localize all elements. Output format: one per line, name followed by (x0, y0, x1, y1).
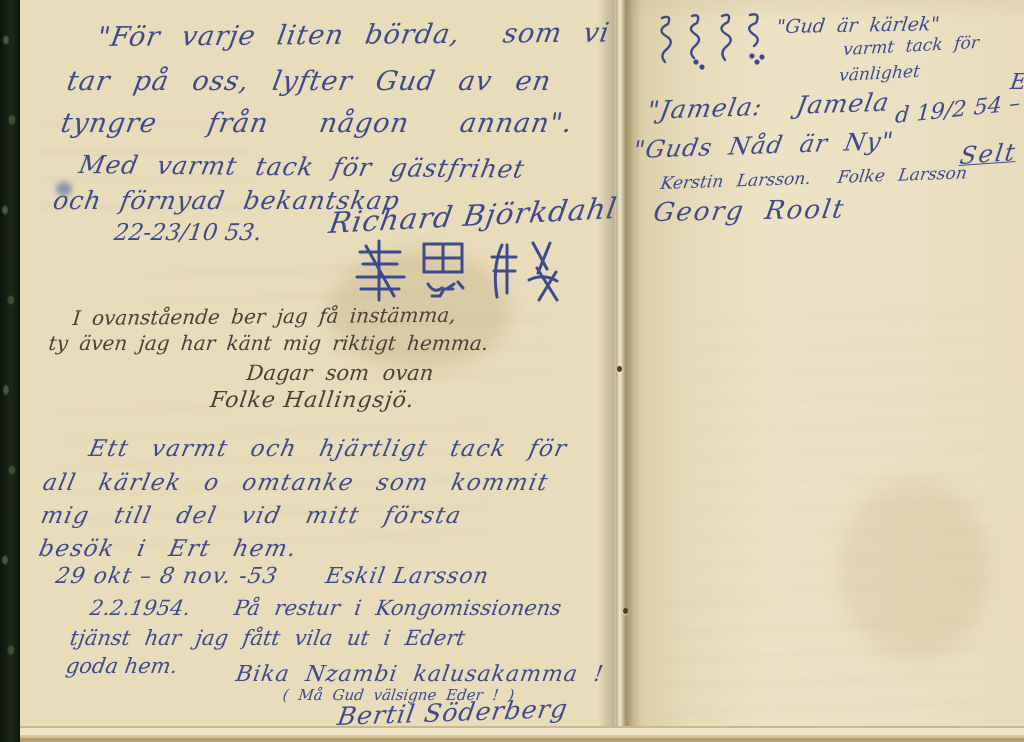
handwritten-line: besök i Ert hem. (36, 536, 299, 562)
stitch-hole (617, 366, 622, 372)
signature: Georg Roolt (651, 195, 847, 228)
handwritten-line: goda hem. (64, 654, 179, 678)
entry-date-signature: 29 okt – 8 nov. -53 Eskil Larsson (54, 564, 491, 589)
entry-date: 22-23/10 53. (112, 220, 263, 246)
handwritten-line: Dagar som ovan (245, 361, 434, 385)
handwritten-line: tar på oss, lyfter Gud av en (65, 66, 554, 97)
handwritten-line: I ovanstående ber jag få instämma, (72, 303, 457, 330)
handwritten-line: "För varje liten börda, som vi (95, 18, 612, 53)
script-symbols-icon (648, 12, 773, 70)
handwritten-line: Ett varmt och hjärtligt tack för (86, 436, 569, 462)
page-bottom-edge (20, 726, 1024, 742)
stitch-hole (623, 608, 628, 614)
handwritten-line: Bika Nzambi kalusakamma ! (234, 662, 606, 687)
handwritten-line: mig till del vid mitt första (38, 503, 464, 529)
cjk-signature-icon (352, 238, 567, 304)
handwritten-line: Med varmt tack för gästfrihet (77, 150, 528, 184)
handwritten-line: 2.2.1954. På restur i Kongomissionens (88, 596, 563, 620)
handwritten-line: "Gud är kärlek" (775, 13, 940, 38)
handwritten-line: all kärlek o omtanke som kommit (40, 470, 551, 496)
handwritten-line: tyngre från någon annan". (59, 108, 576, 139)
signature: Folke Hallingsjö. (208, 388, 416, 413)
handwritten-line: tjänst har jag fått vila ut i Edert (68, 626, 467, 650)
guestbook-scan: "För varje liten börda, som vi tar på os… (0, 0, 1024, 742)
handwritten-line: ty även jag har känt mig riktigt hemma. (47, 331, 489, 355)
book-cover-edge (0, 0, 20, 742)
